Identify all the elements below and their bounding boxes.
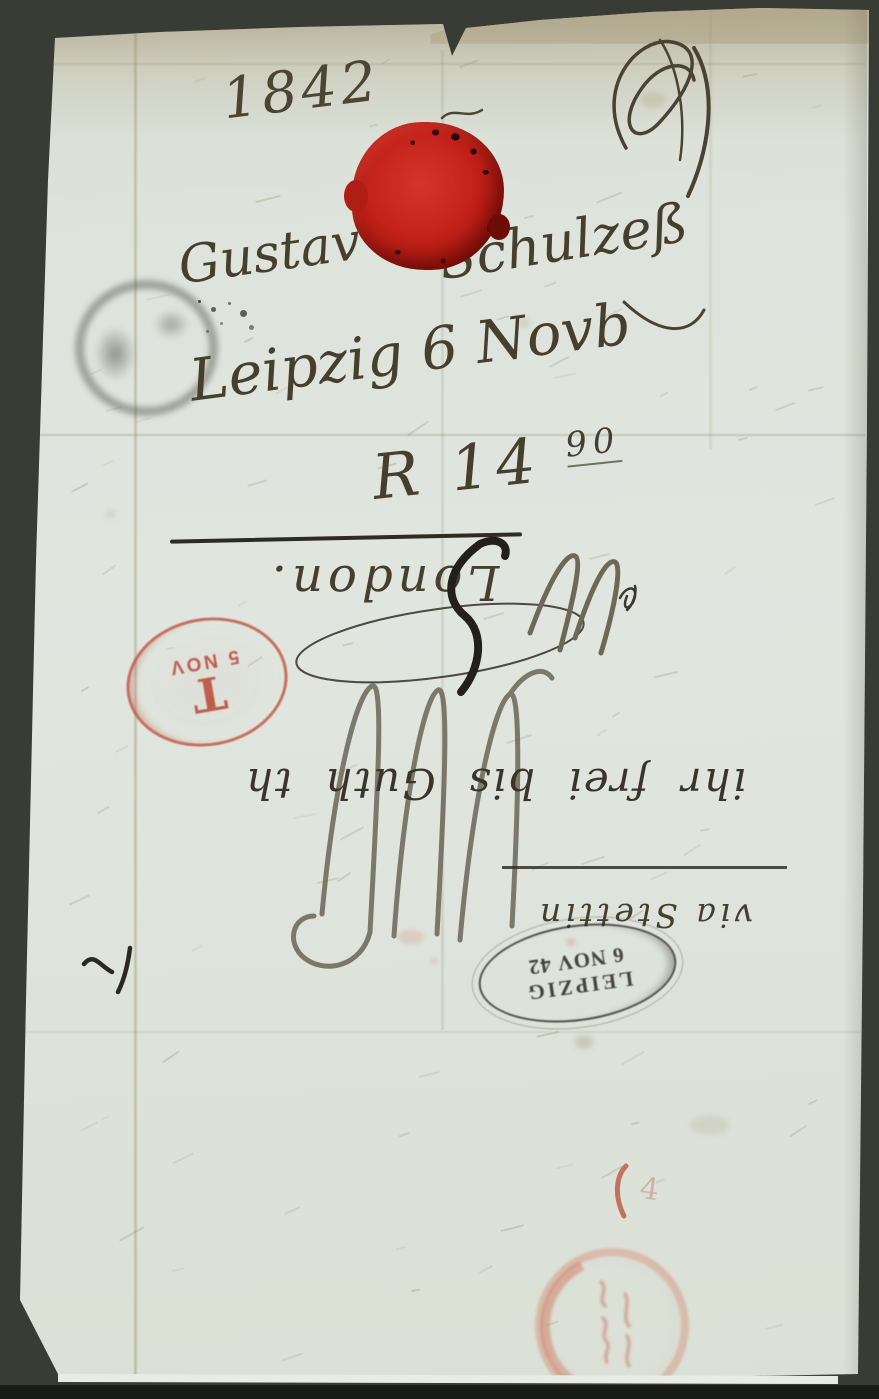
stain-spot (690, 1115, 730, 1135)
show-through-mark (748, 386, 757, 391)
ink-check-marks (78, 942, 144, 998)
wax-seal-texture (488, 214, 510, 240)
show-through-mark (630, 1121, 639, 1125)
show-through-mark (256, 195, 282, 203)
show-through-mark (80, 687, 88, 693)
second-sheet-edge (58, 1374, 838, 1384)
show-through-mark (246, 479, 266, 487)
scan-background-strip (0, 1385, 879, 1399)
show-through-mark (281, 1353, 303, 1362)
show-through-mark (419, 1072, 440, 1079)
show-through-mark (479, 1265, 493, 1273)
red-crayon-stroke (604, 1162, 634, 1222)
show-through-mark (808, 386, 824, 392)
show-through-mark (543, 281, 556, 288)
show-through-mark (101, 460, 115, 468)
show-through-mark (765, 1324, 783, 1330)
show-through-mark (102, 565, 116, 576)
show-through-mark (398, 1132, 409, 1137)
letter-scan: 1842 Gustav Schulzeß Leipzig 6 Novb R 14… (0, 0, 879, 1399)
show-through-mark (192, 944, 202, 951)
show-through-mark (789, 1125, 807, 1138)
show-through-mark (101, 1116, 109, 1120)
show-through-mark (556, 1164, 573, 1170)
arrival-postmark-glyphs (591, 1274, 641, 1374)
letter-sheet: 1842 Gustav Schulzeß Leipzig 6 Novb R 14… (0, 0, 879, 1399)
show-through-mark (811, 104, 822, 110)
rate-superscript: 90 (563, 420, 622, 468)
show-through-mark (815, 497, 835, 506)
show-through-mark (172, 1268, 184, 1272)
show-through-mark (96, 806, 109, 815)
wax-seal-texture (344, 180, 368, 212)
stain-spot (575, 1035, 593, 1049)
show-through-mark (172, 1153, 193, 1165)
ink-paraph (598, 28, 748, 203)
show-through-mark (412, 1288, 421, 1292)
show-through-mark (553, 372, 576, 379)
red-oval-letter: T (188, 669, 229, 716)
show-through-mark (738, 437, 748, 441)
show-through-mark (683, 844, 701, 857)
fold-crease-horizontal-lower (20, 1030, 865, 1034)
show-through-mark (808, 1098, 818, 1104)
show-through-mark (68, 894, 89, 905)
show-through-mark (659, 392, 668, 398)
right-edge-shading (843, 10, 867, 1375)
signature-flourish (620, 292, 710, 342)
show-through-mark (283, 1206, 300, 1215)
show-through-mark (724, 566, 736, 575)
show-through-mark (460, 289, 482, 298)
show-through-mark (395, 1246, 406, 1251)
show-through-mark (500, 1225, 524, 1233)
inverted-script-note: ihr frei bis Guth th (200, 728, 790, 808)
show-through-mark (80, 1121, 98, 1132)
show-through-mark (194, 77, 206, 82)
show-through-mark (700, 828, 710, 832)
show-through-mark (775, 402, 795, 412)
show-through-mark (71, 482, 89, 493)
show-through-mark (115, 745, 128, 753)
stain-spot (106, 510, 116, 518)
show-through-mark (621, 1050, 645, 1065)
docket-swash (440, 102, 490, 124)
ink-spatter (198, 300, 201, 303)
wax-seal (352, 122, 504, 270)
show-through-mark (368, 123, 378, 127)
show-through-mark (162, 1051, 179, 1064)
